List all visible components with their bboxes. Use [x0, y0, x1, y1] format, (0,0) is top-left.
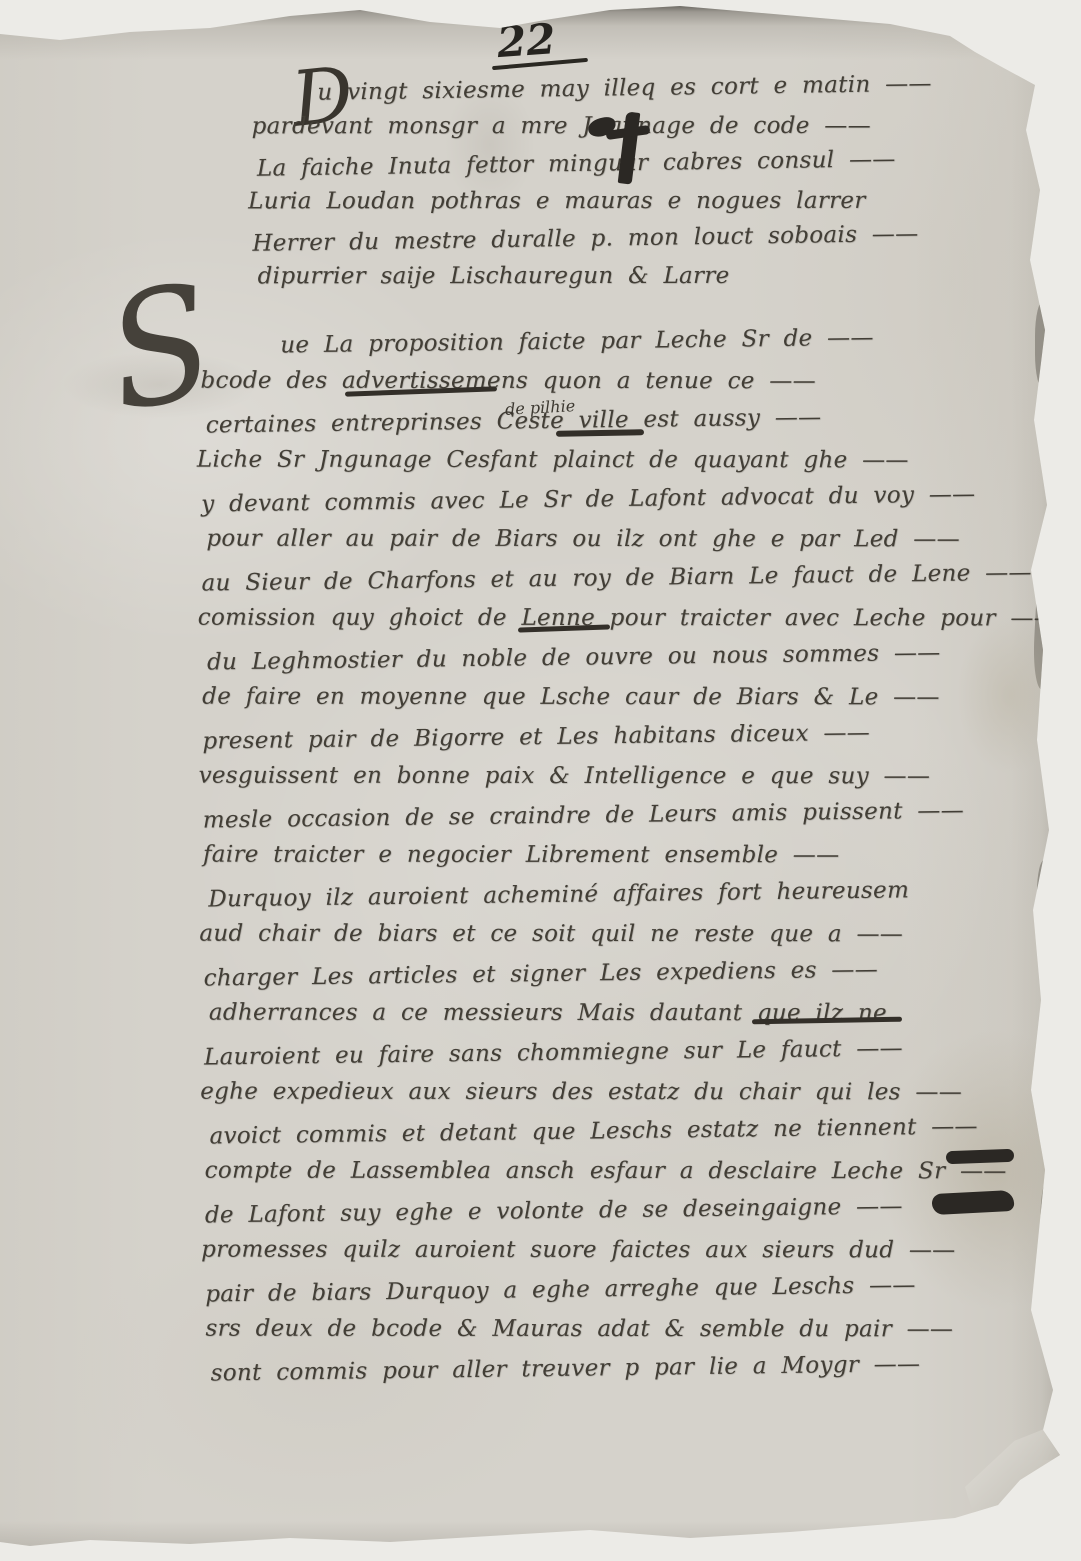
manuscript-line: certaines entreprinses Ceste ville est a…	[206, 396, 1041, 446]
manuscript-line: promesses quilz auroient suore faictes a…	[201, 1230, 1045, 1270]
manuscript-line: au Sieur de Charfons et au roy de Biarn …	[201, 554, 1041, 604]
manuscript-line: La faiche Inuta fettor minguar cabres co…	[257, 139, 1032, 188]
manuscript-line: Lauroient eu faire sans chommiegne sur L…	[204, 1028, 1044, 1078]
torn-corner-fold	[965, 1421, 1075, 1531]
manuscript-line: vesguissent en bonne paix & Intelligence…	[199, 756, 1043, 796]
manuscript-line: Luria Loudan pothras e mauras e nogues l…	[248, 182, 1032, 220]
manuscript-line: du Leghmostier du noble de ouvre ou nous…	[207, 633, 1042, 683]
manuscript-line: sont commis pour aller treuver p par lie…	[210, 1344, 1045, 1394]
manuscript-line: pardevant monsgr a mre Jngunage de code …	[252, 107, 1032, 145]
header-block: u vingt sixiesme may illeq es cort e mat…	[251, 67, 1033, 297]
manuscript-scan: 22 D u vingt sixiesme may illeq es cort …	[0, 0, 1081, 1561]
manuscript-line: y devant commis avec Le Sr de Lafont adv…	[201, 475, 1041, 525]
manuscript-line: faire traicter e negocier Librement ense…	[203, 835, 1043, 875]
manuscript-line: de faire en moyenne que Lsche caur de Bi…	[202, 677, 1042, 717]
manuscript-line: de Lafont suy eghe e volonte de se desei…	[205, 1185, 1045, 1235]
page-number: 22	[495, 10, 618, 67]
torn-edge-fragment	[1039, 1180, 1065, 1291]
manuscript-line: dipurrier saije Lischauregun & Larre	[258, 257, 1033, 295]
manuscript-paper: 22 D u vingt sixiesme may illeq es cort …	[0, 0, 1081, 1561]
torn-bottom-edge	[0, 1515, 1081, 1561]
manuscript-line: Herrer du mestre duralle p. mon louct so…	[252, 214, 1032, 263]
manuscript-line: bcode des advertissemens quon a tenue ce…	[201, 361, 1041, 401]
manuscript-line: aud chair de biars et ce soit quil ne re…	[199, 914, 1043, 954]
manuscript-line: pair de biars Durquoy a eghe arreghe que…	[205, 1264, 1045, 1314]
body-block: ue La proposition faicte par Leche Sr de…	[200, 320, 1046, 1391]
manuscript-line: comission quy ghoict de Lenne pour traic…	[198, 598, 1042, 638]
interlinear-insertion: de pilhie	[505, 396, 576, 419]
manuscript-line: avoict commis et detant que Leschs estat…	[209, 1107, 1044, 1157]
manuscript-line: Liche Sr Jngunage Cesfant plainct de qua…	[197, 440, 1041, 480]
manuscript-line: pour aller au pair de Biars ou ilz ont g…	[206, 519, 1041, 559]
manuscript-line: Durquoy ilz auroient acheminé affaires f…	[208, 870, 1043, 920]
manuscript-line: ue La proposition faicte par Leche Sr de…	[200, 317, 1040, 367]
manuscript-line: srs deux de bcode & Mauras adat & semble…	[205, 1309, 1045, 1349]
manuscript-line: mesle occasion de se craindre de Leurs a…	[203, 791, 1043, 841]
manuscript-line: adherrances a ce messieurs Mais dautant …	[209, 993, 1044, 1033]
manuscript-line: eghe expedieux aux sieurs des estatz du …	[200, 1072, 1044, 1112]
manuscript-line: compte de Lassemblea ansch esfaur a desc…	[205, 1151, 1045, 1191]
manuscript-line: u vingt sixiesme may illeq es cort e mat…	[251, 64, 1031, 113]
manuscript-line: charger Les articles et signer Les exped…	[203, 949, 1043, 999]
manuscript-line: present pair de Bigorre et Les habitans …	[202, 712, 1042, 762]
